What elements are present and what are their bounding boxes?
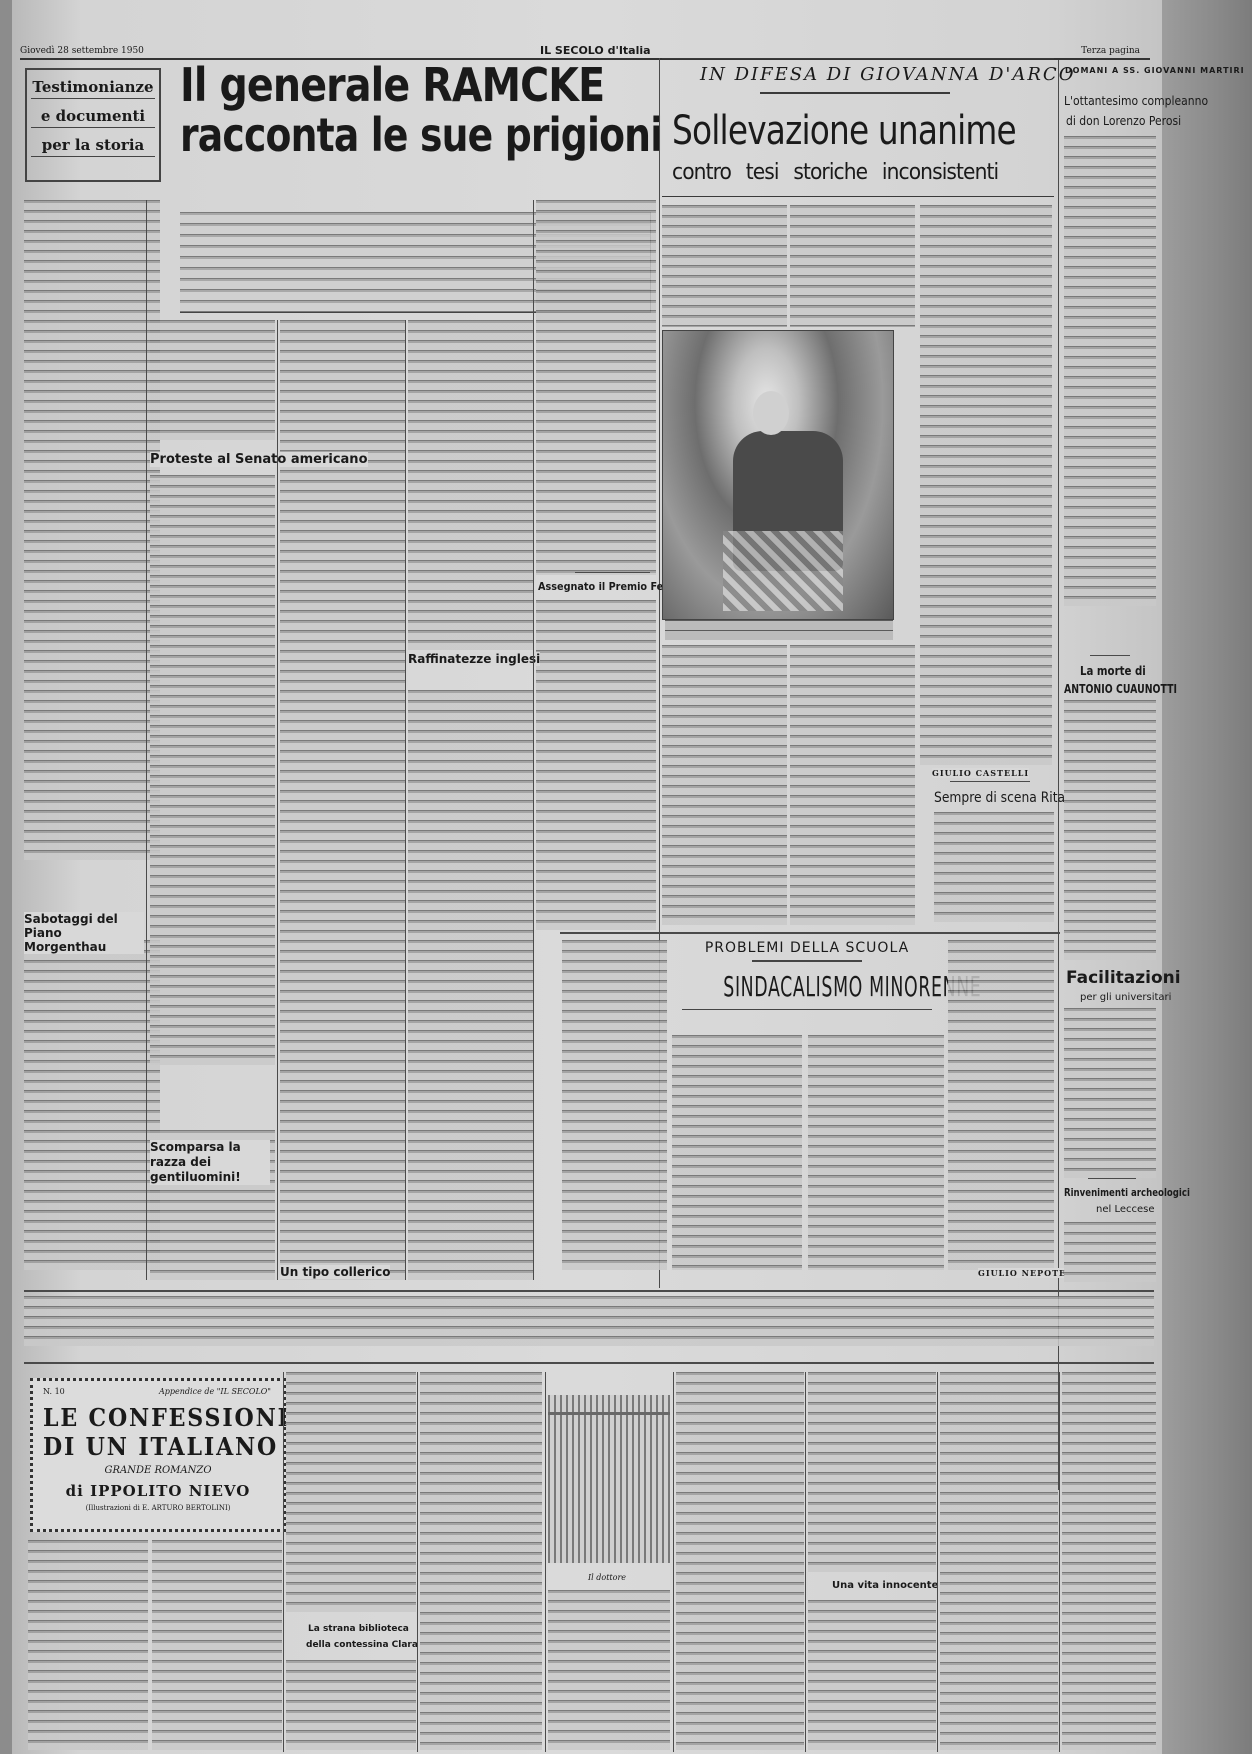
giovanna-photo	[662, 330, 894, 620]
scuola-text-col-2	[672, 1035, 802, 1270]
confessioni-text-col-1	[28, 1540, 148, 1750]
ramcke-text-col-5	[536, 200, 656, 575]
giovanna-text-col-1	[662, 205, 787, 327]
testimonianze-line: Testimonianze	[31, 78, 155, 99]
biblioteca-subhead-2: della contessina Clara	[306, 1640, 418, 1650]
rinvenimenti-headline-1: Rinvenimenti archeologici	[1064, 1186, 1190, 1199]
ramcke-text-col-2	[150, 320, 275, 440]
column-rule	[146, 200, 147, 1280]
subhead-tipo-collerico: Un tipo collerico	[280, 1265, 390, 1279]
confessioni-title-box: N. 10 Appendice de "IL SECOLO" LE CONFES…	[30, 1378, 286, 1532]
subhead-morgenthau: Sabotaggi del Piano Morgenthau	[24, 912, 144, 954]
confessioni-text-col-2	[152, 1540, 282, 1750]
column-rule	[937, 1372, 938, 1752]
ramcke-text-col-1	[24, 200, 160, 860]
giovanna-photo-caption	[665, 620, 893, 640]
scuola-text-col-3	[808, 1035, 944, 1270]
column-rule	[283, 1372, 284, 1752]
divider	[560, 932, 1060, 934]
subhead-raffinatezze: Raffinatezze inglesi	[408, 652, 540, 666]
ramcke-text-col-4b	[408, 690, 533, 1280]
confessioni-illustrations: (Illustrazioni di E. ARTURO BERTOLINI)	[33, 1504, 283, 1512]
ramcke-text-col-4	[408, 320, 533, 650]
ramcke-headline-1: Il generale RAMCKE	[180, 58, 604, 112]
confessioni-title-2: DI UN ITALIANO	[43, 1432, 273, 1461]
divider	[1090, 655, 1130, 656]
divider	[1088, 1178, 1136, 1179]
subhead-scomparsa: Scomparsa la razza dei gentiluomini!	[150, 1140, 270, 1185]
perosi-headline-1: L'ottantesimo compleanno	[1064, 94, 1208, 108]
column-rule	[277, 320, 278, 1280]
ramcke-continuation	[24, 1296, 1154, 1346]
column-rule	[533, 200, 534, 1280]
scuola-headline-box: PROBLEMI DELLA SCUOLA SINDACALISMO MINOR…	[672, 940, 942, 1030]
rita-text	[934, 812, 1054, 922]
column-rule	[417, 1372, 418, 1752]
scuola-signature: GIULIO NEPOTE	[978, 1268, 1066, 1278]
confessioni-text-col-3b	[286, 1660, 416, 1750]
scuola-kicker: PROBLEMI DELLA SCUOLA	[672, 940, 942, 956]
ramcke-text-col-1b	[24, 940, 160, 1270]
giovanna-text-col-2	[790, 205, 915, 327]
column-rule	[805, 1372, 806, 1752]
giovanna-kicker: IN DIFESA DI GIOVANNA D'ARCO	[700, 64, 1075, 85]
confessioni-appendix: Appendice de "IL SECOLO"	[159, 1387, 271, 1396]
column-rule	[405, 320, 406, 1280]
rinvenimenti-text	[1064, 1222, 1156, 1282]
confessioni-text-col-7b	[808, 1600, 936, 1750]
morte-headline-1: La morte di	[1080, 664, 1146, 678]
scan-edge	[1162, 0, 1252, 1754]
confessioni-number: N. 10	[43, 1387, 65, 1396]
ramcke-text-col-2b	[150, 475, 275, 1065]
biblioteca-subhead-1: La strana biblioteca	[308, 1624, 409, 1634]
divider	[950, 781, 1030, 782]
subhead-proteste: Proteste al Senato americano	[150, 452, 368, 467]
illustration-caption: Il dottore	[588, 1573, 626, 1582]
section-divider	[24, 1362, 1154, 1364]
scuola-text-col-4	[948, 940, 1054, 1270]
confessioni-text-col-9	[1062, 1372, 1156, 1750]
divider	[662, 58, 1054, 59]
testimonianze-line: e documenti	[31, 107, 155, 128]
column-rule	[673, 1372, 674, 1752]
confessioni-text-col-4	[420, 1372, 542, 1750]
divider	[760, 92, 950, 94]
facilitazioni-text	[1064, 1008, 1156, 1178]
testimonianze-box: Testimonianze e documenti per la storia	[25, 68, 161, 182]
confessioni-text-col-6	[676, 1372, 804, 1750]
vita-innocente-subhead: Una vita innocente	[832, 1580, 938, 1591]
confessioni-text-col-5b	[548, 1590, 670, 1750]
morte-headline-2: ANTONIO CUAUNOTTI	[1064, 682, 1177, 696]
giovanna-text-col-5	[790, 645, 915, 925]
facilitazioni-headline-1: Facilitazioni	[1066, 968, 1181, 988]
facilitazioni-headline-2: per gli universitari	[1080, 992, 1171, 1003]
perosi-headline-2: di don Lorenzo Perosi	[1066, 114, 1181, 128]
column-rule	[1059, 1372, 1060, 1752]
masthead-paper-name: IL SECOLO d'Italia	[540, 44, 651, 57]
perosi-kicker: DOMANI A SS. GIOVANNI MARTIRI	[1065, 66, 1245, 75]
confessioni-author: di IPPOLITO NIEVO	[33, 1482, 283, 1500]
confessioni-title-1: LE CONFESSIONI	[43, 1403, 273, 1432]
confessioni-text-col-7	[808, 1372, 936, 1572]
rita-headline: Sempre di scena Rita	[934, 790, 1065, 806]
confessioni-illustration	[548, 1395, 670, 1563]
giovanna-signature: GIULIO CASTELLI	[932, 768, 1029, 778]
perosi-text	[1064, 136, 1156, 606]
column-rule	[545, 1372, 546, 1752]
ramcke-headline-2: racconta le sue prigioni	[180, 108, 662, 162]
masthead-date: Giovedì 28 settembre 1950	[20, 46, 144, 56]
confessioni-text-col-3	[286, 1372, 416, 1612]
masthead-page-label: Terza pagina	[1081, 46, 1140, 56]
premio-text	[536, 600, 656, 930]
confessioni-text-col-8	[940, 1372, 1058, 1750]
rinvenimenti-headline-2: nel Leccese	[1096, 1204, 1155, 1215]
giovanna-text-col-4	[662, 645, 787, 925]
testimonianze-line: per la storia	[31, 136, 155, 157]
section-divider	[24, 1290, 1154, 1292]
scuola-text-col-1	[562, 940, 667, 1270]
morte-text	[1064, 700, 1156, 960]
giovanna-headline-1: Sollevazione unanime	[672, 108, 1016, 154]
divider	[662, 196, 1054, 197]
giovanna-headline-2: contro tesi storiche inconsistenti	[672, 160, 998, 185]
scuola-headline: SINDACALISMO MINORENNE	[723, 970, 890, 1003]
divider	[575, 572, 650, 573]
confessioni-genre: GRANDE ROMANZO	[33, 1465, 283, 1476]
giovanna-text-col-3	[920, 205, 1052, 765]
